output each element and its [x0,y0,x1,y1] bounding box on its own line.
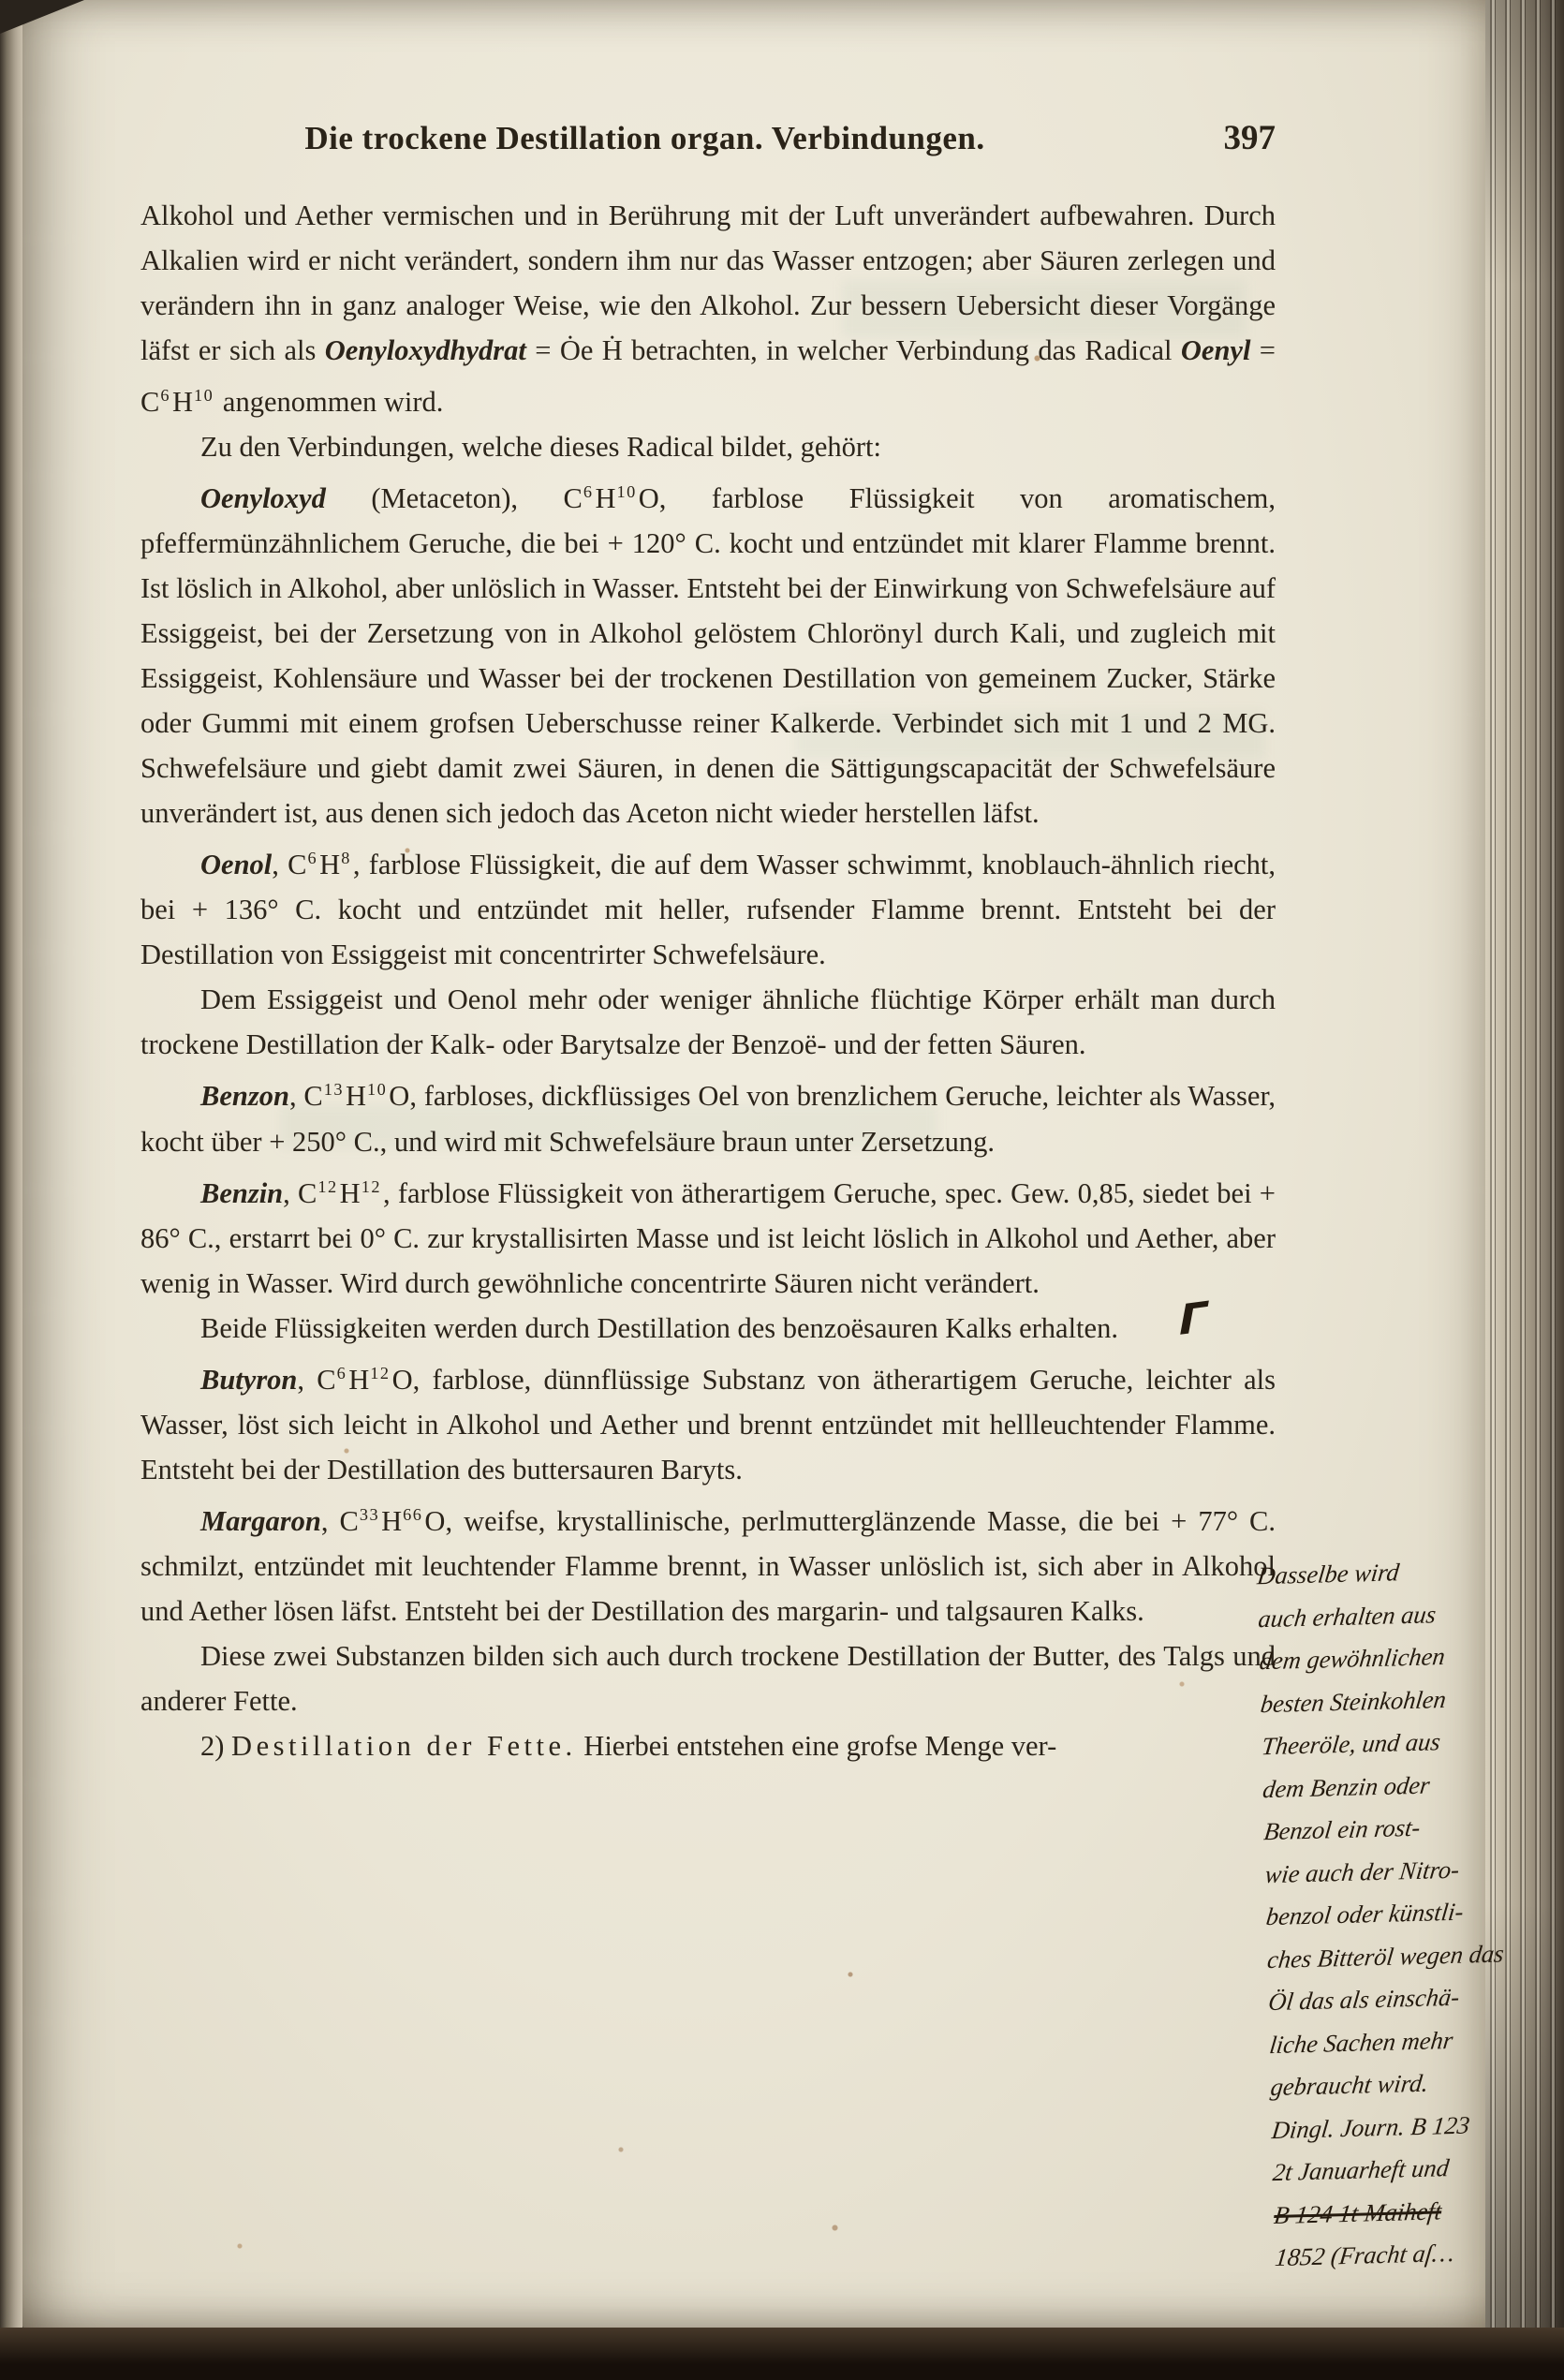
marginalia-line: dem gewöhnlichen [1257,1633,1557,1683]
paragraph: Butyron, C6H12O, farblose, dünnflüssige … [140,1351,1276,1492]
marginalia-line: B 124 1t Maiheft [1272,2186,1564,2237]
text-segment: Hierbei entstehen eine grofse Menge ver- [577,1730,1057,1762]
page-title: Die trockene Destillation organ. Verbind… [140,120,1149,157]
marginalia-line: Theeröle, und aus [1260,1718,1560,1768]
text-segment: , C [321,1505,359,1537]
text-segment: Oenyloxydhydrat [325,334,526,366]
marginalia: Dasselbe wirdauch erhalten ausdem gewöhn… [1257,1547,1564,2280]
text-segment: angenommen wird. [215,386,443,418]
text-segment: 2) [200,1730,231,1762]
marginalia-line: 2t Januarheft und [1271,2144,1564,2195]
text-segment: Oenol [200,849,272,880]
text-segment: 6 [337,1364,347,1382]
text-segment: , C [283,1177,317,1209]
text-segment: H [319,849,340,880]
text-segment: = Ȯe Ḣ betrachten, in welcher Verbindu… [526,334,1181,366]
text-segment: H [172,386,193,418]
paragraph: Oenyloxyd (Metaceton), C6H10O, farblose … [140,469,1276,835]
paragraph: Benzin, C12H12, farblose Flüssigkeit von… [140,1164,1276,1306]
text-segment: 12 [317,1177,337,1196]
paragraph: Margaron, C33H66O, weifse, krystallinisc… [140,1492,1276,1633]
book-bottom-edge [0,2328,1564,2380]
paragraph: Zu den Verbindungen, welche dieses Radic… [140,424,1276,469]
paragraph: Beide Flüssigkeiten werden durch Destill… [140,1306,1276,1351]
text-segment: 12 [370,1364,390,1382]
text-segment: Diese zwei Substanzen bilden sich auch d… [140,1640,1276,1717]
marginalia-line: gebraucht wird. [1268,2059,1564,2109]
text-segment: 12 [361,1177,381,1196]
text-segment: H [346,1081,366,1113]
body-text: Alkohol und Aether vermischen und in Ber… [140,193,1276,1768]
text-segment: 33 [360,1505,379,1524]
text-segment: 6 [160,386,170,405]
text-segment: 8 [341,849,351,867]
marginalia-line: liche Sachen mehr [1267,2016,1564,2066]
marginalia-line: Dingl. Journ. B 123 [1269,2101,1564,2151]
text-segment: 10 [194,386,214,405]
marginalia-line: 1852 (Fracht aſ… [1273,2229,1564,2280]
pen-mark: Γ [1116,1317,1206,1329]
text-segment: , C [297,1364,335,1396]
book-spine-edge [0,0,22,2380]
text-segment: Zu den Verbindungen, welche dieses Radic… [200,431,881,463]
text-segment: Benzin [200,1177,283,1209]
page-number: 397 [1149,118,1276,158]
text-segment: Benzon [200,1081,289,1113]
text-segment: , C [272,849,306,880]
text-segment: Oenyloxyd [200,482,326,514]
book-scan: Die trockene Destillation organ. Verbind… [0,0,1564,2380]
text-segment: O, farblose Flüssigkeit von aromatischem… [140,482,1276,829]
text-segment: 6 [583,482,594,501]
text-segment: 13 [324,1080,344,1099]
text-segment: Margaron [200,1505,321,1537]
text-segment: H [595,482,615,514]
running-header: Die trockene Destillation organ. Verbind… [140,118,1276,158]
text-segment: , C [289,1081,323,1113]
text-segment: 6 [308,849,318,867]
text-segment: 66 [403,1505,422,1524]
text-segment: Destillation der Fette. [231,1730,577,1762]
paragraph: Dem Essiggeist und Oenol mehr oder wenig… [140,977,1276,1067]
marginalia-line: Dasselbe wird [1255,1547,1556,1598]
text-segment: Butyron [200,1364,297,1396]
text-segment: Beide Flüssigkeiten werden durch Destill… [200,1312,1118,1344]
paragraph: 2) Destillation der Fette. Hierbei entst… [140,1723,1276,1768]
paragraph: Benzon, C13H10O, farbloses, dickflüssige… [140,1067,1276,1163]
paragraph: Alkohol und Aether vermischen und in Ber… [140,193,1276,424]
marginalia-line: benzol oder künstli- [1263,1888,1564,1939]
marginalia-line: Öl das als einschä- [1266,1973,1564,2024]
text-segment: Dem Essiggeist und Oenol mehr oder wenig… [140,983,1276,1060]
paragraph: Oenol, C6H8, farblose Flüssigkeit, die a… [140,835,1276,977]
corner-shadow [0,0,84,34]
text-segment: Oenyl [1181,334,1251,366]
text-segment: H [381,1505,402,1537]
marginalia-line: Benzol ein rost- [1262,1803,1562,1854]
text-segment: H [348,1364,369,1396]
text-segment: (Metaceton), C [326,482,583,514]
paragraph: Diese zwei Substanzen bilden sich auch d… [140,1633,1276,1723]
text-segment: H [340,1177,361,1209]
text-segment: 10 [367,1080,387,1099]
text-segment: 10 [617,482,637,501]
